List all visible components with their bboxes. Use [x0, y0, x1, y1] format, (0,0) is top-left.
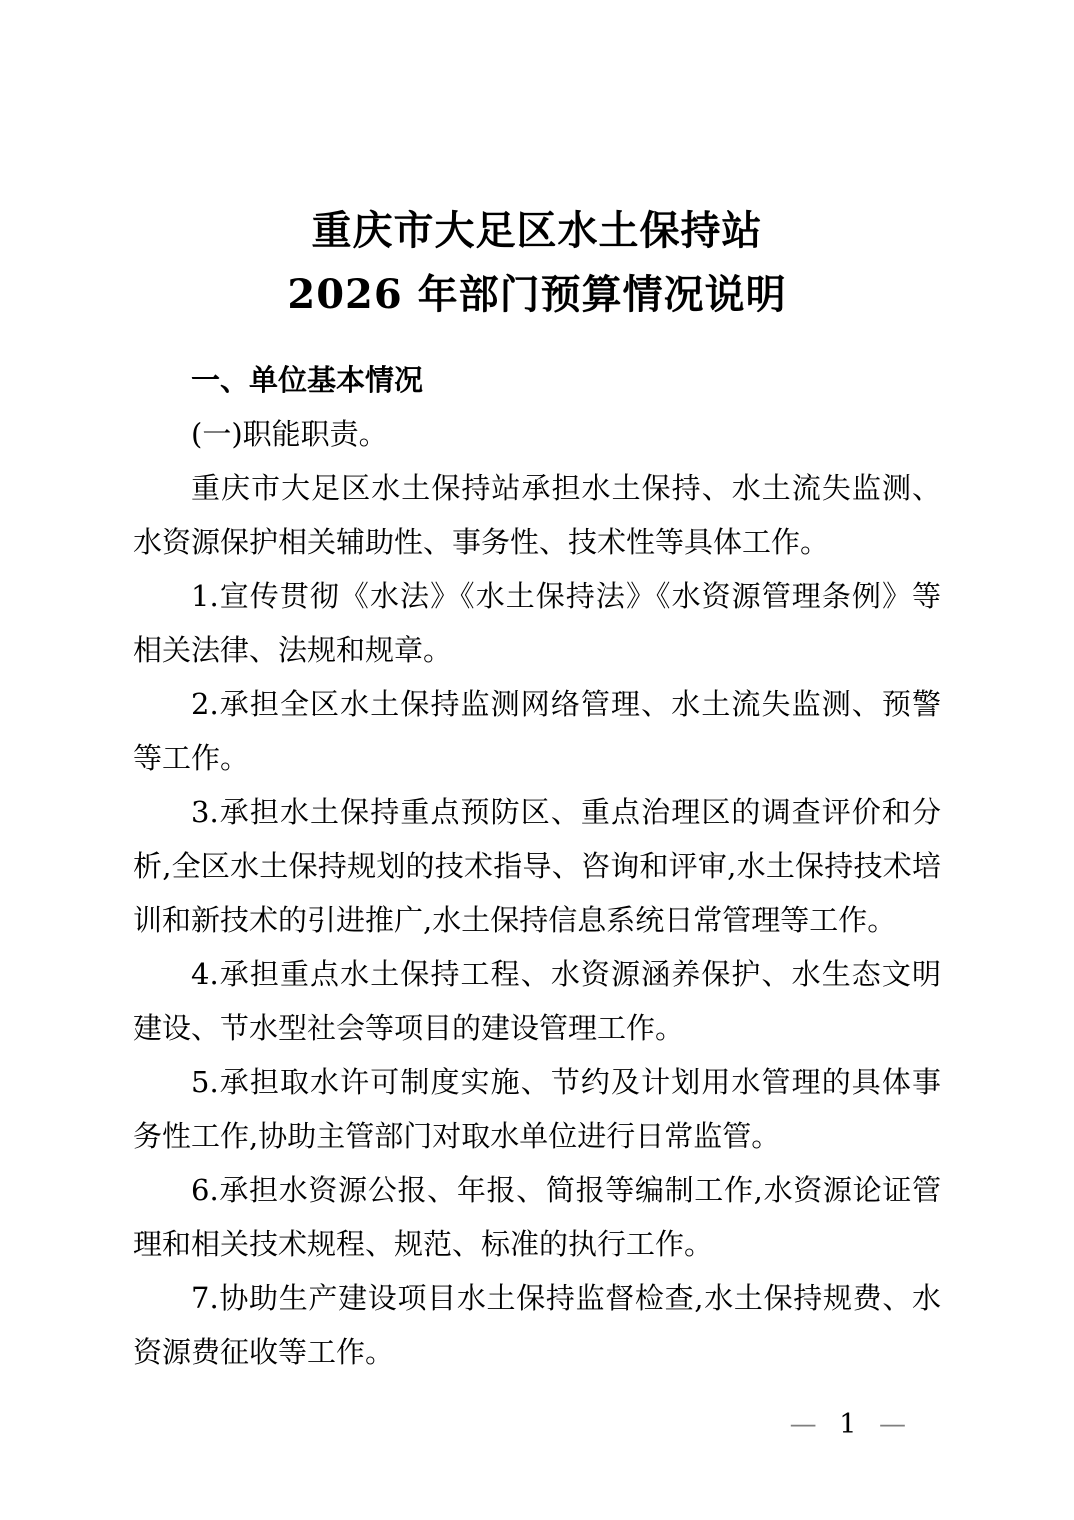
document-title: 重庆市大足区水土保持站 2026 年部门预算情况说明 — [0, 199, 1074, 327]
page-number-right-dash: — — [879, 1409, 906, 1440]
paragraph-duty-4: 4.承担重点水土保持工程、水资源涵养保护、水生态文明建设、节水型社会等项目的建设… — [133, 947, 941, 1055]
page-number: — 1 — — [790, 1408, 906, 1442]
paragraph-duty-3: 3.承担水土保持重点预防区、重点治理区的调查评价和分析,全区水土保持规划的技术指… — [133, 785, 941, 947]
paragraph-duty-5: 5.承担取水许可制度实施、节约及计划用水管理的具体事务性工作,协助主管部门对取水… — [133, 1055, 941, 1163]
paragraph-duties-subheading: (一)职能职责。 — [133, 407, 941, 461]
document-body: 一、单位基本情况 (一)职能职责。 重庆市大足区水土保持站承担水土保持、水土流失… — [133, 353, 941, 1379]
page-number-value: 1 — [839, 1409, 856, 1440]
page-number-left-dash: — — [790, 1409, 817, 1440]
paragraph-duties-intro: 重庆市大足区水土保持站承担水土保持、水土流失监测、水资源保护相关辅助性、事务性、… — [133, 461, 941, 569]
paragraph-duty-1: 1.宣传贯彻《水法》《水土保持法》《水资源管理条例》等相关法律、法规和规章。 — [133, 569, 941, 677]
paragraph-duty-2: 2.承担全区水土保持监测网络管理、水土流失监测、预警等工作。 — [133, 677, 941, 785]
document-title-line2: 2026 年部门预算情况说明 — [0, 263, 1074, 327]
document-title-line1: 重庆市大足区水土保持站 — [0, 199, 1074, 263]
paragraph-duty-6: 6.承担水资源公报、年报、简报等编制工作,水资源论证管理和相关技术规程、规范、标… — [133, 1163, 941, 1271]
document-page: 重庆市大足区水土保持站 2026 年部门预算情况说明 一、单位基本情况 (一)职… — [0, 0, 1074, 1520]
section-heading-basic-info: 一、单位基本情况 — [133, 353, 941, 407]
paragraph-duty-7: 7.协助生产建设项目水土保持监督检查,水土保持规费、水资源费征收等工作。 — [133, 1271, 941, 1379]
